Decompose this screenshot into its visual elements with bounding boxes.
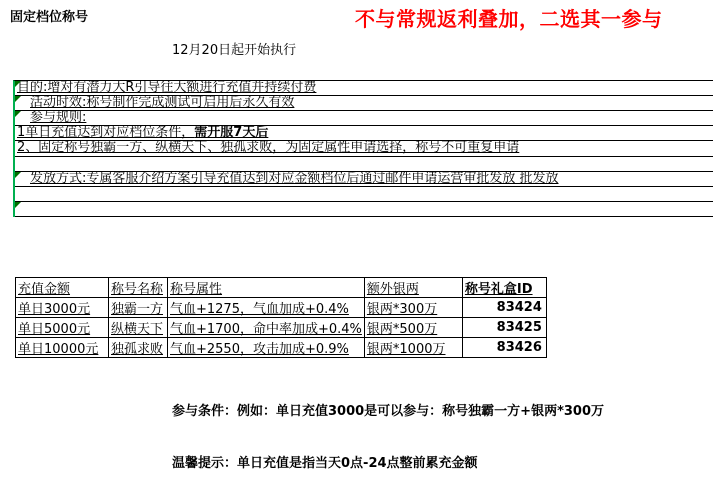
cell-corner-marker-icon (15, 172, 21, 178)
gift-box-id-cell: 83426 (462, 338, 546, 358)
warning-heading: 不与常规返利叠加，二选其一参与 (355, 3, 663, 32)
rule-text: 参与规则: (30, 111, 86, 125)
rule-row: 参与规则: (15, 111, 713, 126)
column-header: 额外银两 (364, 278, 462, 298)
gift-box-id-cell: 83424 (462, 298, 546, 318)
cell-corner-marker-icon (15, 96, 21, 102)
table-cell: 银两*300万 (364, 298, 462, 318)
page-title: 固定档位称号 (10, 6, 88, 25)
rules-box: 目的:增对有潜力大R引导往大额进行充值并持续付费活动时效:称号制作完成测试可启用… (13, 80, 713, 217)
table-row: 单日3000元独霸一方气血+1275，气血加成+0.4%银两*300万83424 (16, 298, 547, 318)
rule-row: 2、固定称号独霸一方、纵横天下、独孤求败，为固定属性申请选择，称号不可重复申请 (15, 141, 713, 156)
table-cell: 单日5000元 (16, 318, 109, 338)
rule-text: 活动时效:称号制作完成测试可启用后永久有效 (30, 96, 294, 110)
rule-row (15, 202, 713, 217)
column-header: 称号名称 (109, 278, 168, 298)
rule-row: 1单日充值达到对应档位条件，需开服7天后 (15, 126, 713, 141)
rule-row: 活动时效:称号制作完成测试可启用后永久有效 (15, 96, 713, 111)
cell-corner-marker-icon (15, 81, 21, 87)
rule-row: 目的:增对有潜力大R引导往大额进行充值并持续付费 (15, 81, 713, 96)
table-cell: 气血+1700，命中率加成+0.4% (168, 318, 365, 338)
cell-corner-marker-icon (15, 111, 21, 117)
rule-row: 发放方式:专属客服介绍方案引导充值达到对应金额档位后通过邮件申请运营审批发放 批… (15, 172, 713, 187)
cell-corner-marker-icon (15, 202, 21, 208)
rule-text: 2、固定称号独霸一方、纵横天下、独孤求败，为固定属性申请选择，称号不可重复申请 (17, 141, 519, 155)
effective-date-note: 12月20日起开始执行 (172, 39, 296, 58)
rule-text: 发放方式:专属客服介绍方案引导充值达到对应金额档位后通过邮件申请运营审批发放 批… (30, 172, 559, 186)
participation-condition: 参与条件：例如：单日充值3000是可以参与：称号独霸一方+银两*300万 (172, 400, 604, 419)
rule-row (15, 157, 713, 172)
rule-text: 1单日充值达到对应档位条件， (17, 126, 194, 140)
table-cell: 纵横天下 (109, 318, 168, 338)
column-header: 充值金额 (16, 278, 109, 298)
table-cell: 独孤求败 (109, 338, 168, 358)
column-header: 称号属性 (168, 278, 365, 298)
rule-text: 目的:增对有潜力大R引导往大额进行充值并持续付费 (17, 81, 316, 95)
table-row: 单日5000元纵横天下气血+1700，命中率加成+0.4%银两*500万8342… (16, 318, 547, 338)
column-header: 称号礼盒ID (462, 278, 546, 298)
reminder-tip: 温馨提示：单日充值是指当天0点-24点整前累充金额 (172, 452, 478, 471)
tier-table: 充值金额称号名称称号属性额外银两称号礼盒ID单日3000元独霸一方气血+1275… (15, 277, 547, 358)
table-cell: 气血+1275，气血加成+0.4% (168, 298, 365, 318)
table-cell: 单日10000元 (16, 338, 109, 358)
table-cell: 银两*500万 (364, 318, 462, 338)
table-header-row: 充值金额称号名称称号属性额外银两称号礼盒ID (16, 278, 547, 298)
rule-row (15, 187, 713, 202)
rule-text-bold: 需开服7天后 (194, 126, 268, 140)
gift-box-id-cell: 83425 (462, 318, 546, 338)
table-cell: 独霸一方 (109, 298, 168, 318)
table-row: 单日10000元独孤求败气血+2550，攻击加成+0.9%银两*1000万834… (16, 338, 547, 358)
table-cell: 气血+2550，攻击加成+0.9% (168, 338, 365, 358)
spreadsheet-page: { "header": { "title": "固定档位称号", "date_n… (0, 0, 713, 486)
table-cell: 银两*1000万 (364, 338, 462, 358)
table-cell: 单日3000元 (16, 298, 109, 318)
